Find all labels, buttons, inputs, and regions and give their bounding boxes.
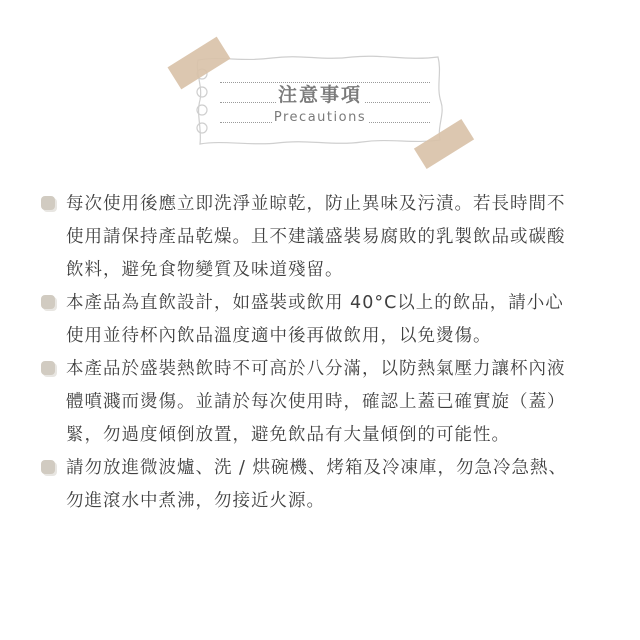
title-en-text: Precautions	[272, 110, 368, 125]
bullet-icon	[41, 295, 55, 309]
item-line: 使用請保持產品乾燥。且不建議盛裝易腐敗的乳製飲品或碳酸	[66, 221, 578, 254]
item-line: 請勿放進微波爐、洗 / 烘碗機、烤箱及冷凍庫，勿急冷急熱、	[66, 452, 578, 485]
item-line: 勿進滾水中煮沸，勿接近火源。	[66, 485, 578, 518]
title-zh-text: 注意事項	[276, 84, 364, 106]
item-line: 使用並待杯內飲品溫度適中後再做飲用，以免燙傷。	[66, 320, 578, 353]
precautions-list: 每次使用後應立即洗淨並晾乾，防止異味及污漬。若長時間不 使用請保持產品乾燥。且不…	[38, 188, 578, 518]
item-line: 每次使用後應立即洗淨並晾乾，防止異味及污漬。若長時間不	[66, 188, 578, 221]
item-line: 本產品於盛裝熱飲時不可高於八分滿，以防熱氣壓力讓杯內液	[66, 353, 578, 386]
title-en: Precautions	[170, 110, 470, 125]
item-line: 飲料，避免食物變質及味道殘留。	[66, 254, 578, 287]
list-item: 本產品於盛裝熱飲時不可高於八分滿，以防熱氣壓力讓杯內液 體噴濺而燙傷。並請於每次…	[38, 353, 578, 452]
bullet-icon	[41, 361, 55, 375]
item-line: 緊，勿過度傾倒放置，避免飲品有大量傾倒的可能性。	[66, 419, 578, 452]
bullet-icon	[41, 460, 55, 474]
title-zh: 注意事項	[170, 80, 470, 107]
bullet-icon	[41, 196, 55, 210]
list-item: 請勿放進微波爐、洗 / 烘碗機、烤箱及冷凍庫，勿急冷急熱、 勿進滾水中煮沸，勿接…	[38, 452, 578, 518]
list-item: 每次使用後應立即洗淨並晾乾，防止異味及污漬。若長時間不 使用請保持產品乾燥。且不…	[38, 188, 578, 287]
item-line: 本產品為直飲設計，如盛裝或飲用 40°C以上的飲品，請小心	[66, 287, 578, 320]
precautions-header: 注意事項 Precautions	[170, 36, 470, 166]
list-item: 本產品為直飲設計，如盛裝或飲用 40°C以上的飲品，請小心 使用並待杯內飲品溫度…	[38, 287, 578, 353]
item-line: 體噴濺而燙傷。並請於每次使用時，確認上蓋已確實旋（蓋）	[66, 386, 578, 419]
